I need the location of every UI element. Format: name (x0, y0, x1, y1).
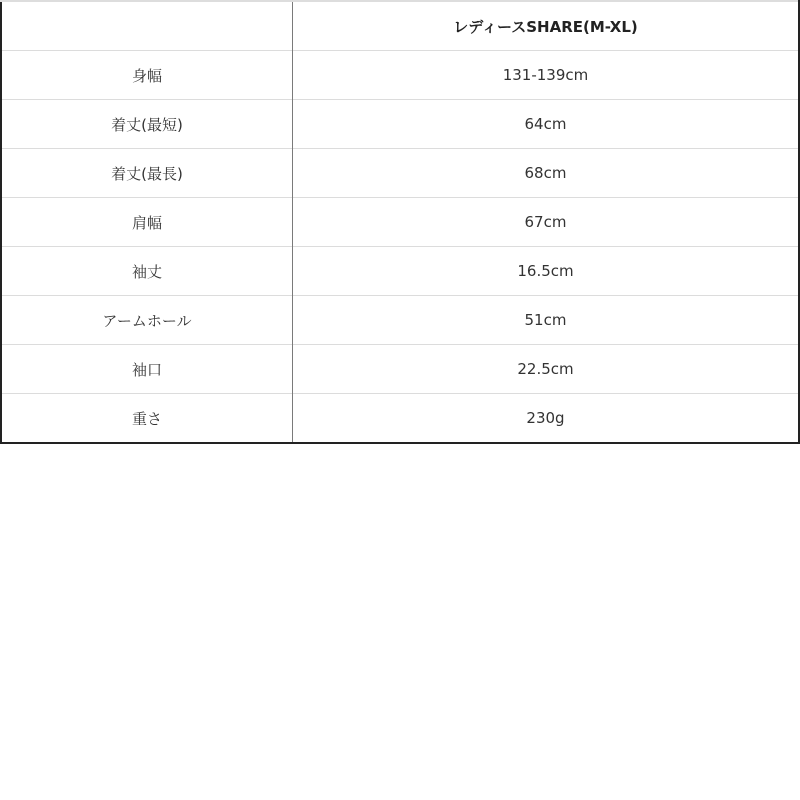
table-row: 袖口 22.5cm (1, 345, 799, 394)
table-header-row: レディースSHARE(M-XL) (1, 1, 799, 51)
row-value: 16.5cm (293, 247, 800, 296)
row-label: アームホール (1, 296, 293, 345)
row-label: 肩幅 (1, 198, 293, 247)
row-value: 51cm (293, 296, 800, 345)
row-value: 64cm (293, 100, 800, 149)
header-label-cell (1, 1, 293, 51)
row-value: 230g (293, 394, 800, 444)
header-size-cell: レディースSHARE(M-XL) (293, 1, 800, 51)
table-row: 着丈(最短) 64cm (1, 100, 799, 149)
row-label: 身幅 (1, 51, 293, 100)
row-label: 袖口 (1, 345, 293, 394)
row-label: 着丈(最短) (1, 100, 293, 149)
table-row: 身幅 131-139cm (1, 51, 799, 100)
table-row: 着丈(最長) 68cm (1, 149, 799, 198)
row-value: 67cm (293, 198, 800, 247)
row-value: 22.5cm (293, 345, 800, 394)
table-row: 袖丈 16.5cm (1, 247, 799, 296)
table-row: 肩幅 67cm (1, 198, 799, 247)
size-chart-table: レディースSHARE(M-XL) 身幅 131-139cm 着丈(最短) 64c… (0, 0, 800, 444)
row-label: 重さ (1, 394, 293, 444)
row-label: 着丈(最長) (1, 149, 293, 198)
row-value: 131-139cm (293, 51, 800, 100)
table-row: 重さ 230g (1, 394, 799, 444)
row-value: 68cm (293, 149, 800, 198)
table-row: アームホール 51cm (1, 296, 799, 345)
row-label: 袖丈 (1, 247, 293, 296)
